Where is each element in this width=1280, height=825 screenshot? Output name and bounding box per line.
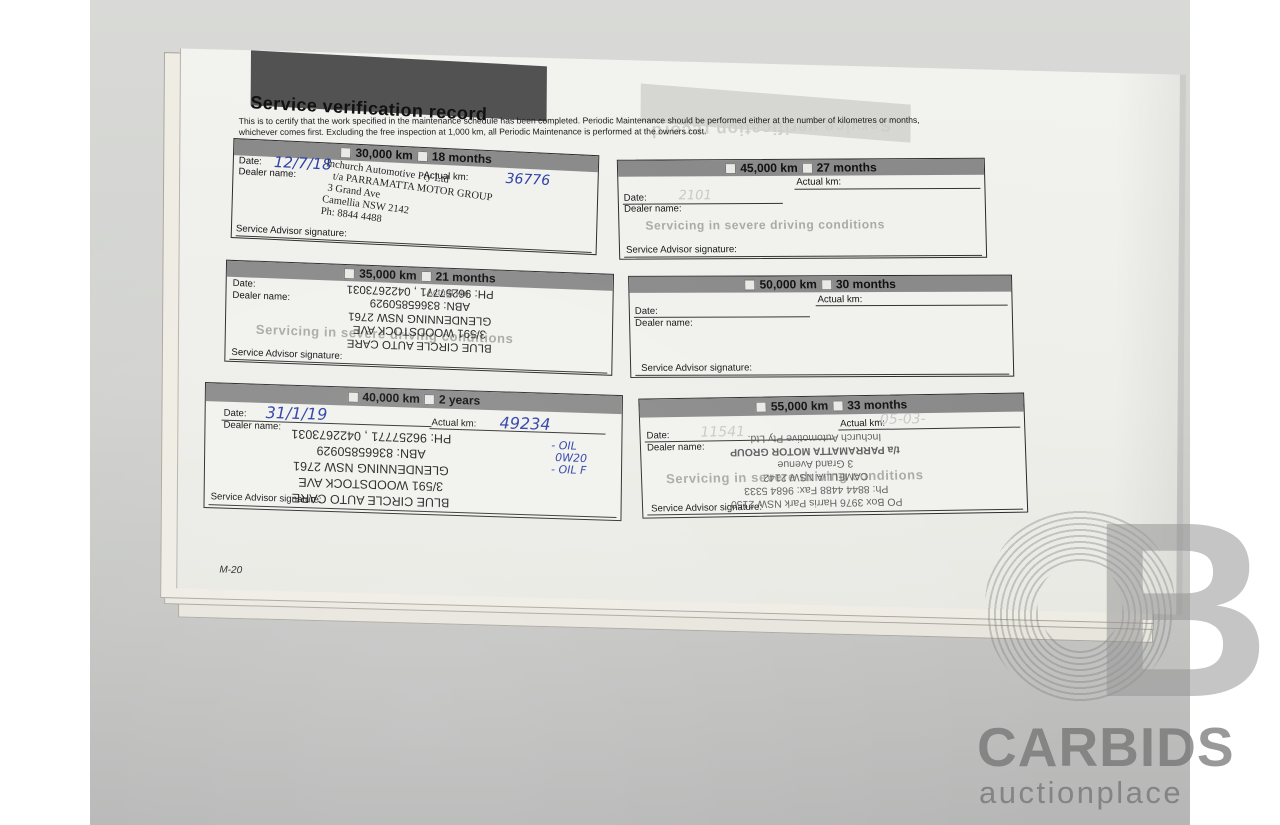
checkbox[interactable] xyxy=(424,393,435,404)
checkbox[interactable] xyxy=(340,147,351,159)
page-number: M-20 xyxy=(219,565,242,577)
interval-header: 55,000 km 33 months xyxy=(639,394,1023,418)
interval-period: 27 months xyxy=(816,160,876,174)
checkbox[interactable] xyxy=(802,162,813,173)
signature-line xyxy=(236,235,592,253)
interval-period: 21 months xyxy=(435,269,495,285)
dealer-label: Dealer name: xyxy=(635,318,693,329)
service-record-45000: 45,000 km 27 months Date: Dealer name: A… xyxy=(617,158,987,260)
checkbox[interactable] xyxy=(725,163,736,174)
service-record-55000: 55,000 km 33 months Date: Dealer name: A… xyxy=(638,393,1028,519)
interval-km: 50,000 km xyxy=(759,277,817,291)
handwritten-notes: - OIL 0W20 - OIL F xyxy=(551,440,587,477)
interval-km: 40,000 km xyxy=(362,390,420,406)
service-record-50000: 50,000 km 30 months Date: Dealer name: A… xyxy=(628,275,1014,378)
signature-line xyxy=(635,374,1009,376)
interval-km: 55,000 km xyxy=(771,399,829,414)
signature-line xyxy=(229,359,607,374)
signature-label: Service Advisor signature: xyxy=(641,363,752,374)
actual-km-label: Actual km: xyxy=(796,177,841,188)
page-curl-shadow xyxy=(1112,73,1186,615)
bleed-through-handwriting: 05-03- xyxy=(880,411,926,428)
date-label: Date: xyxy=(635,306,658,317)
actual-km-label: Actual km: xyxy=(840,418,885,430)
signature-label: Service Advisor signature: xyxy=(626,244,737,256)
interval-header: 45,000 km 27 months xyxy=(618,159,984,177)
stamp-line: Inchurch Automotive Pty Ltd. xyxy=(728,430,900,446)
interval-km: 30,000 km xyxy=(355,146,413,163)
dealer-stamp-inverted: PO Box 3976 Harris Park NSW 2150 Ph: 884… xyxy=(728,430,902,511)
stamp-line: 3 Grand Avenue xyxy=(729,456,901,472)
service-record-40000: 40,000 km 2 years Date: Dealer name: Act… xyxy=(203,382,623,521)
interval-km: 45,000 km xyxy=(740,161,798,175)
checkbox[interactable] xyxy=(832,400,843,411)
date-label: Date: xyxy=(224,408,247,420)
date-line xyxy=(634,316,810,318)
bleed-through-handwriting: 2101 xyxy=(679,188,712,203)
service-booklet: Service verification record Service veri… xyxy=(158,48,1182,643)
checkbox[interactable] xyxy=(756,401,767,412)
photo-background: Service verification record Service veri… xyxy=(90,0,1190,825)
date-label: Date: xyxy=(624,193,647,204)
dealer-stamp-inverted: BLUE CIRCLE AUTO CARE 3/591 WOODSTOCK AV… xyxy=(346,281,494,354)
actual-km-label: Actual km: xyxy=(817,294,862,305)
checkbox[interactable] xyxy=(417,150,428,162)
interval-km: 35,000 km xyxy=(359,267,417,283)
checkbox[interactable] xyxy=(347,391,358,402)
checkbox[interactable] xyxy=(821,279,832,290)
checkbox[interactable] xyxy=(420,270,431,281)
service-record-35000: 35,000 km 21 months Date: Dealer name: A… xyxy=(224,260,614,376)
checkbox[interactable] xyxy=(344,267,355,278)
interval-header: 50,000 km 30 months xyxy=(629,276,1011,293)
actual-km-line xyxy=(816,305,1008,307)
signature-label: Service Advisor signature: xyxy=(211,491,322,505)
interval-period: 30 months xyxy=(836,277,896,291)
stamp-line: t/a PARRAMATTA MOTOR GROUP xyxy=(729,443,901,459)
interval-period: 2 years xyxy=(439,392,481,407)
note-line: - OIL F xyxy=(551,464,587,477)
date-value: 12/7/18 xyxy=(274,153,332,174)
actual-km-value: 36776 xyxy=(505,171,550,189)
interval-period: 18 months xyxy=(432,149,492,166)
booklet-page: Service verification record Service veri… xyxy=(176,48,1180,614)
dealer-label: Dealer name: xyxy=(624,203,682,214)
dealer-label: Dealer name: xyxy=(232,290,290,303)
service-record-30000: 30,000 km 18 months Date: Dealer name: A… xyxy=(231,138,600,255)
actual-km-line xyxy=(794,188,980,190)
actual-km-value: 49234 xyxy=(499,413,550,434)
dealer-label: Dealer name: xyxy=(647,442,705,454)
interval-period: 33 months xyxy=(847,397,907,412)
severe-conditions-note: Servicing in severe driving conditions xyxy=(645,217,885,232)
date-value: 31/1/19 xyxy=(266,403,328,424)
intro-text: This is to certify that the work specifi… xyxy=(239,115,939,138)
stamp-line: Ph: 8844 4488 Fax: 9684 5333 xyxy=(730,482,902,498)
date-label: Date: xyxy=(646,430,669,441)
date-label: Date: xyxy=(233,278,256,290)
checkbox[interactable] xyxy=(744,279,755,290)
